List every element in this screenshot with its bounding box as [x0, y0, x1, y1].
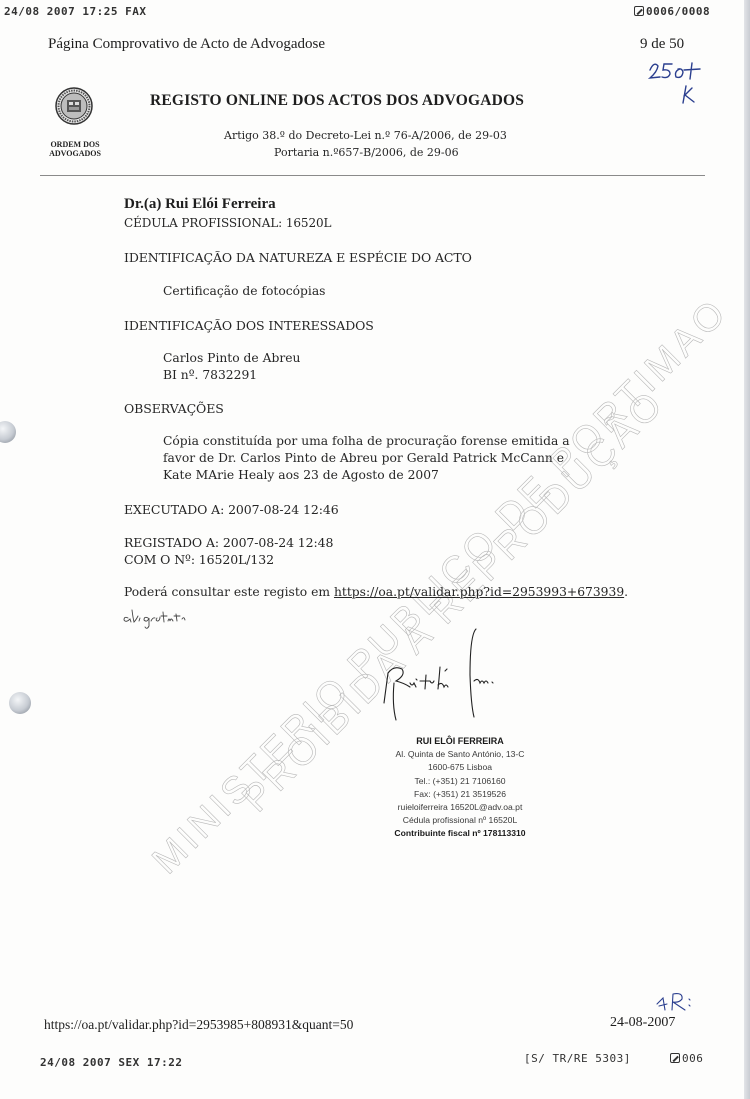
punch-hole-lower — [9, 692, 31, 714]
letterhead-subheading-2: Portaria n.º657-B/2006, de 29-06 — [274, 146, 459, 159]
executed-at: EXECUTADO A: 2007-08-24 12:46 — [124, 502, 339, 517]
footer-date: 24-08-2007 — [610, 1015, 675, 1031]
page-count: 9 de 50 — [640, 36, 684, 53]
observations-line-1: Cópia constituída por uma folha de procu… — [163, 434, 570, 448]
header-divider — [40, 175, 705, 176]
handwritten-note-acto-gratuito — [122, 604, 197, 634]
stamp-address: Al. Quinta de Santo António, 13-C — [360, 748, 560, 761]
page-title: Página Comprovativo de Acto de Advogados… — [48, 36, 325, 53]
seal-caption: ORDEM DOS ADVOGADOS — [38, 140, 112, 158]
observations-heading: OBSERVAÇÕES — [124, 401, 224, 416]
stamp-nif: Contribuinte fiscal nº 178113310 — [360, 827, 560, 840]
parties-heading: IDENTIFICAÇÃO DOS INTERESSADOS — [124, 318, 374, 333]
stamp-postal: 1600-675 Lisboa — [360, 761, 560, 774]
seal-caption-line1: ORDEM DOS — [38, 140, 112, 149]
punch-hole-upper — [0, 421, 16, 443]
stamp-fax: Fax: (+351) 21 3519526 — [360, 788, 560, 801]
letterhead-heading: REGISTO ONLINE DOS ACTOS DOS ADVOGADOS — [150, 92, 524, 110]
stamp-tel: Tel.: (+351) 21 7106160 — [360, 775, 560, 788]
lawyer-cedula: CÉDULA PROFISSIONAL: 16520L — [124, 216, 331, 230]
handwritten-number — [648, 58, 708, 118]
stamp-name: RUI ELÔI FERREIRA — [360, 735, 560, 748]
act-heading: IDENTIFICAÇÃO DA NATUREZA E ESPÉCIE DO A… — [124, 250, 472, 265]
fax-page-count: 0006/0008 — [646, 5, 710, 18]
lawyer-name: Dr.(a) Rui Elói Ferreira — [124, 196, 276, 213]
stamp-email: ruieloiferreira 16520L@adv.oa.pt — [360, 801, 560, 814]
party-name: Carlos Pinto de Abreu — [163, 351, 300, 365]
fax-footer-page: 006 — [670, 1052, 703, 1065]
lawyer-stamp: RUI ELÔI FERREIRA Al. Quinta de Santo An… — [360, 735, 560, 841]
observations-line-3: Kate MArie Healy aos 23 de Agosto de 200… — [163, 468, 439, 482]
consult-prefix: Poderá consultar este registo em — [124, 585, 334, 599]
consult-suffix: . — [624, 585, 628, 599]
fax-header-page: 0006/0008 — [634, 5, 710, 18]
consult-line: Poderá consultar este registo em https:/… — [124, 585, 628, 599]
fax-footer-ref: [S/ TR/RE 5303] — [524, 1052, 631, 1065]
seal-caption-line2: ADVOGADOS — [38, 149, 112, 158]
ordem-advogados-seal — [54, 86, 94, 136]
scan-edge-shadow — [744, 0, 750, 1099]
fax-header-timestamp: 24/08 2007 17:25 FAX — [4, 5, 146, 18]
fax-icon — [634, 6, 644, 16]
validation-link[interactable]: https://oa.pt/validar.php?id=2953993+673… — [334, 585, 624, 599]
act-value: Certificação de fotocópias — [163, 284, 325, 298]
registered-at: REGISTADO A: 2007-08-24 12:48 — [124, 535, 333, 550]
handwritten-initials — [655, 990, 705, 1016]
fax-footer-timestamp: 24/08 2007 SEX 17:22 — [40, 1056, 182, 1069]
stamp-cedula: Cédula profissional nº 16520L — [360, 814, 560, 827]
seal-emblem-icon — [54, 86, 94, 126]
observations-line-2: favor de Dr. Carlos Pinto de Abreu por G… — [163, 451, 564, 465]
fax-footer-page-number: 006 — [682, 1052, 703, 1065]
letterhead-subheading-1: Artigo 38.º do Decreto-Lei n.º 76-A/2006… — [224, 129, 507, 142]
registration-number: COM O Nº: 16520L/132 — [124, 552, 274, 567]
signature — [380, 625, 540, 725]
footer-url: https://oa.pt/validar.php?id=2953985+808… — [44, 1017, 353, 1033]
fax-icon — [670, 1053, 680, 1063]
party-bi: BI nº. 7832291 — [163, 368, 257, 382]
